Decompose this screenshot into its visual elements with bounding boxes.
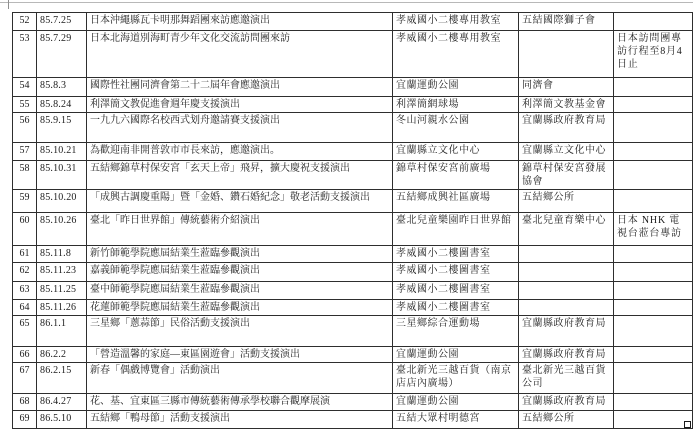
- cell-num: 61: [13, 246, 37, 263]
- cell-venue: 三星鄉綜合運動場: [393, 316, 519, 347]
- resize-handle[interactable]: [684, 421, 691, 428]
- cell-num: 60: [13, 213, 37, 246]
- cell-date: 85.10.31: [37, 161, 87, 190]
- cell-num: 64: [13, 300, 37, 316]
- table-row: 6185.11.8新竹師範學院應屆結業生蒞臨參觀演出孝威國小二樓圖書室: [13, 246, 693, 263]
- cell-venue: 孝威國小二樓圖書室: [393, 246, 519, 263]
- cell-org: 臺北新光三越百貨公司: [519, 363, 614, 394]
- table-row: 5485.8.3國際性社團同濟會第二十二屆年會應邀演出宜蘭運動公園同濟會: [13, 78, 693, 97]
- cell-org: [519, 300, 614, 316]
- cell-date: 85.10.21: [37, 143, 87, 161]
- events-table-body: 5285.7.25日本沖繩縣瓦卡明那舞蹈團來訪應邀演出孝威國小二樓專用教室五結國…: [13, 13, 693, 429]
- cell-note: [614, 347, 693, 363]
- cell-date: 85.11.25: [37, 282, 87, 300]
- cell-venue: 宜蘭運動公園: [393, 394, 519, 411]
- table-row: 6285.11.23嘉義師範學院應屆結業生蒞臨參觀演出孝威國小二樓圖書室: [13, 263, 693, 282]
- table-row: 5785.10.21為歡迎南非開普敦市市長來訪，應邀演出。宜蘭縣立文化中心宜蘭縣…: [13, 143, 693, 161]
- cell-org: 宜蘭縣立文化中心: [519, 143, 614, 161]
- cell-note: [614, 161, 693, 190]
- cell-event: 花蓮師範學院應屆結業生蒞臨參觀演出: [87, 300, 393, 316]
- cell-venue: 孝威國小二樓圖書室: [393, 300, 519, 316]
- cell-venue: 孝威國小二樓專用教室: [393, 31, 519, 78]
- cell-event: 三星鄉「蔥蒜節」民俗活動支援演出: [87, 316, 393, 347]
- cell-note: [614, 394, 693, 411]
- cell-venue: 五結大眾村明德宮: [393, 411, 519, 429]
- cell-num: 65: [13, 316, 37, 347]
- cell-event: 新竹師範學院應屆結業生蒞臨參觀演出: [87, 246, 393, 263]
- cell-org: [519, 282, 614, 300]
- cell-date: 86.2.15: [37, 363, 87, 394]
- table-row: 5285.7.25日本沖繩縣瓦卡明那舞蹈團來訪應邀演出孝威國小二樓專用教室五結國…: [13, 13, 693, 31]
- cell-event: 「營造溫馨的家庭—東區園遊會」活動支援演出: [87, 347, 393, 363]
- cell-venue: 孝威國小二樓圖書室: [393, 282, 519, 300]
- table-row: 6886.4.27花、基、宜東區三縣市傳統藝術傳承學校聯合觀摩展演宜蘭運動公園宜…: [13, 394, 693, 411]
- cell-event: 利澤簡文教促進會週年慶支援演出: [87, 97, 393, 113]
- document-page: 5285.7.25日本沖繩縣瓦卡明那舞蹈團來訪應邀演出孝威國小二樓專用教室五結國…: [0, 0, 700, 435]
- scan-artifact-top-line: [0, 2, 693, 3]
- cell-event: 臺中師範學院應屆結業生蒞臨參觀演出: [87, 282, 393, 300]
- cell-date: 85.10.26: [37, 213, 87, 246]
- cell-date: 85.7.25: [37, 13, 87, 31]
- cell-event: 花、基、宜東區三縣市傳統藝術傳承學校聯合觀摩展演: [87, 394, 393, 411]
- table-row: 5685.9.15一九九六國際名校西式划舟邀請賽支援演出冬山河親水公園宜蘭縣政府…: [13, 113, 693, 143]
- table-row: 5585.8.24利澤簡文教促進會週年慶支援演出利澤簡網球場利澤簡文教基金會: [13, 97, 693, 113]
- cell-note: [614, 190, 693, 213]
- cell-num: 68: [13, 394, 37, 411]
- cell-num: 57: [13, 143, 37, 161]
- cell-org: 宜蘭縣政府教育局: [519, 347, 614, 363]
- cell-event: 日本北海道別海町青少年文化交流訪問團來訪: [87, 31, 393, 78]
- cell-org: 臺北兒童育樂中心: [519, 213, 614, 246]
- cell-date: 86.5.10: [37, 411, 87, 429]
- cell-note: [614, 411, 693, 429]
- cell-date: 85.11.8: [37, 246, 87, 263]
- cell-org: [519, 246, 614, 263]
- cell-date: 86.1.1: [37, 316, 87, 347]
- cell-org: 同濟會: [519, 78, 614, 97]
- cell-venue: 宜蘭運動公園: [393, 347, 519, 363]
- table-row: 5385.7.29日本北海道別海町青少年文化交流訪問團來訪孝威國小二樓專用教室日…: [13, 31, 693, 78]
- cell-num: 59: [13, 190, 37, 213]
- cell-note: [614, 300, 693, 316]
- cell-date: 86.2.2: [37, 347, 87, 363]
- cell-num: 63: [13, 282, 37, 300]
- cell-date: 85.7.29: [37, 31, 87, 78]
- cell-venue: 宜蘭縣立文化中心: [393, 143, 519, 161]
- cell-org: 五結國際獅子會: [519, 13, 614, 31]
- cell-num: 67: [13, 363, 37, 394]
- cell-venue: 臺北新光三越百貨（南京店店內廣場）: [393, 363, 519, 394]
- cell-num: 58: [13, 161, 37, 190]
- cell-note: [614, 143, 693, 161]
- cell-venue: 孝威國小二樓專用教室: [393, 13, 519, 31]
- cell-date: 85.8.3: [37, 78, 87, 97]
- events-table: 5285.7.25日本沖繩縣瓦卡明那舞蹈團來訪應邀演出孝威國小二樓專用教室五結國…: [12, 12, 693, 429]
- table-row: 6586.1.1三星鄉「蔥蒜節」民俗活動支援演出三星鄉綜合運動場宜蘭縣政府教育局: [13, 316, 693, 347]
- table-row: 5885.10.31五結鄉錦草村保安宮「玄天上帝」飛昇，擴大慶祝支援演出錦草村保…: [13, 161, 693, 190]
- cell-date: 85.9.15: [37, 113, 87, 143]
- cell-num: 66: [13, 347, 37, 363]
- cell-venue: 冬山河親水公園: [393, 113, 519, 143]
- table-row: 5985.10.20「成興古調慶重陽」暨「金婚、鑽石婚紀念」敬老活動支援演出五結…: [13, 190, 693, 213]
- cell-event: 嘉義師範學院應屆結業生蒞臨參觀演出: [87, 263, 393, 282]
- cell-date: 86.4.27: [37, 394, 87, 411]
- table-row: 6686.2.2「營造溫馨的家庭—東區園遊會」活動支援演出宜蘭運動公園宜蘭縣政府…: [13, 347, 693, 363]
- table-row: 6385.11.25臺中師範學院應屆結業生蒞臨參觀演出孝威國小二樓圖書室: [13, 282, 693, 300]
- cell-venue: 臺北兒童樂園昨日世界館: [393, 213, 519, 246]
- cell-org: [519, 263, 614, 282]
- scan-artifact-left-tick: [8, 0, 9, 9]
- cell-date: 85.10.20: [37, 190, 87, 213]
- cell-event: 五結鄉錦草村保安宮「玄天上帝」飛昇，擴大慶祝支援演出: [87, 161, 393, 190]
- cell-num: 69: [13, 411, 37, 429]
- cell-date: 85.11.26: [37, 300, 87, 316]
- cell-org: 錦草村保安宮發展協會: [519, 161, 614, 190]
- cell-org: 宜蘭縣政府教育局: [519, 394, 614, 411]
- cell-event: 新春「偶戲博覽會」活動演出: [87, 363, 393, 394]
- cell-num: 62: [13, 263, 37, 282]
- cell-venue: 宜蘭運動公園: [393, 78, 519, 97]
- cell-note: [614, 246, 693, 263]
- cell-date: 85.11.23: [37, 263, 87, 282]
- cell-org: 五結鄉公所: [519, 190, 614, 213]
- cell-note: 日本訪問團專訪行程至8月4日止: [614, 31, 693, 78]
- cell-event: 日本沖繩縣瓦卡明那舞蹈團來訪應邀演出: [87, 13, 393, 31]
- table-row: 6786.2.15新春「偶戲博覽會」活動演出臺北新光三越百貨（南京店店內廣場）臺…: [13, 363, 693, 394]
- table-row: 6485.11.26花蓮師範學院應屆結業生蒞臨參觀演出孝威國小二樓圖書室: [13, 300, 693, 316]
- cell-event: 國際性社團同濟會第二十二屆年會應邀演出: [87, 78, 393, 97]
- cell-venue: 錦草村保安宮前廣場: [393, 161, 519, 190]
- cell-note: [614, 97, 693, 113]
- cell-note: [614, 363, 693, 394]
- cell-org: 宜蘭縣政府教育局: [519, 316, 614, 347]
- cell-num: 52: [13, 13, 37, 31]
- cell-num: 56: [13, 113, 37, 143]
- cell-note: [614, 13, 693, 31]
- cell-num: 55: [13, 97, 37, 113]
- cell-note: [614, 113, 693, 143]
- cell-date: 85.8.24: [37, 97, 87, 113]
- cell-org: 五結鄉公所: [519, 411, 614, 429]
- cell-num: 54: [13, 78, 37, 97]
- cell-event: 臺北「昨日世界館」傳統藝術介紹演出: [87, 213, 393, 246]
- cell-org: 利澤簡文教基金會: [519, 97, 614, 113]
- cell-note: [614, 316, 693, 347]
- table-row: 6085.10.26臺北「昨日世界館」傳統藝術介紹演出臺北兒童樂園昨日世界館臺北…: [13, 213, 693, 246]
- cell-event: 為歡迎南非開普敦市市長來訪，應邀演出。: [87, 143, 393, 161]
- cell-note: [614, 78, 693, 97]
- cell-event: 五結鄉「鴨母節」活動支援演出: [87, 411, 393, 429]
- cell-venue: 利澤簡網球場: [393, 97, 519, 113]
- cell-note: [614, 282, 693, 300]
- cell-event: 「成興古調慶重陽」暨「金婚、鑽石婚紀念」敬老活動支援演出: [87, 190, 393, 213]
- table-row: 6986.5.10五結鄉「鴨母節」活動支援演出五結大眾村明德宮五結鄉公所: [13, 411, 693, 429]
- cell-venue: 五結鄉成興社區廣場: [393, 190, 519, 213]
- cell-note: 日本 NHK 電視台蒞台專訪: [614, 213, 693, 246]
- cell-org: 宜蘭縣政府教育局: [519, 113, 614, 143]
- cell-note: [614, 263, 693, 282]
- cell-event: 一九九六國際名校西式划舟邀請賽支援演出: [87, 113, 393, 143]
- cell-num: 53: [13, 31, 37, 78]
- cell-org: [519, 31, 614, 78]
- cell-venue: 孝威國小二樓圖書室: [393, 263, 519, 282]
